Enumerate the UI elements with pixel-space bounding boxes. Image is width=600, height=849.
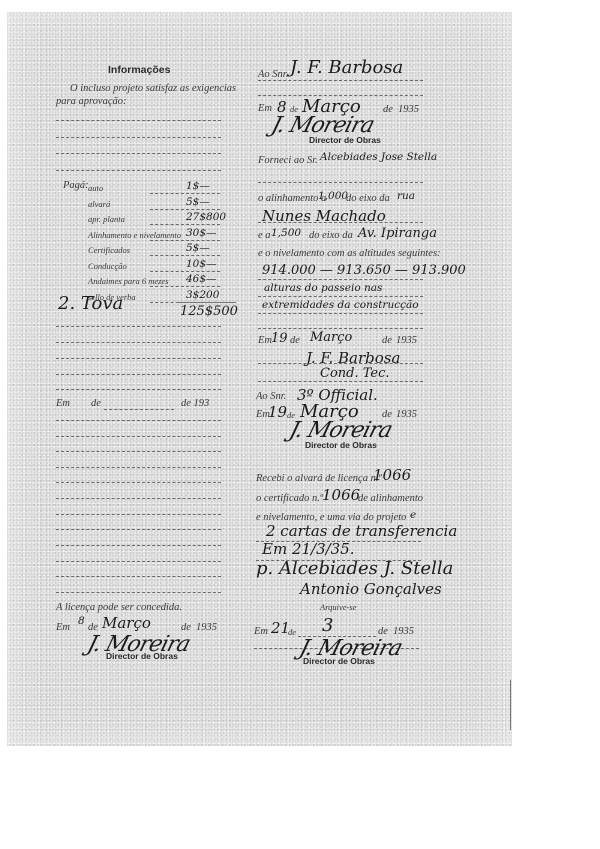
license-role: Director de Obras	[106, 651, 178, 661]
date4-de1: de	[288, 627, 296, 637]
blank-line	[56, 389, 221, 390]
line	[258, 222, 423, 223]
date1-year: 1935	[398, 104, 419, 115]
blank-line	[56, 420, 221, 421]
license-text: A licença pode ser concedida.	[56, 602, 182, 613]
fee-label: alvará	[88, 199, 110, 209]
alignment-dist-2: 1,500	[271, 227, 301, 239]
blank-line	[56, 498, 221, 499]
certificate-suffix: de alinhamento	[358, 493, 423, 504]
note-line-2: Em 21/3/35.	[262, 540, 355, 558]
fee-value: 5$—	[186, 242, 210, 254]
fee-value: 27$800	[186, 211, 226, 223]
date2-month: Março	[310, 330, 352, 345]
blank-line	[56, 529, 221, 530]
blank-line	[56, 514, 221, 515]
fee-dotted-line	[150, 209, 220, 210]
date2-de2: de	[382, 335, 392, 346]
page-edge	[510, 680, 511, 730]
fee-value: 3$200	[186, 289, 219, 301]
supplied-label: Forneci ao Sr.	[258, 155, 318, 166]
date2-de1: de	[290, 335, 300, 346]
blank-line	[56, 482, 221, 483]
fee-label: apr. planta	[88, 214, 125, 224]
line	[258, 313, 423, 314]
blank-line	[56, 451, 221, 452]
to-label: Ao Snr.	[258, 69, 288, 80]
fee-label: auto	[88, 183, 103, 193]
altitudes: 914.000 — 913.650 — 913.900	[262, 263, 466, 278]
fee-label: Andaimes para 6 mezes	[88, 276, 169, 286]
line	[258, 182, 423, 183]
fee-dotted-line	[150, 193, 220, 194]
project-mark: e	[410, 509, 416, 521]
blank-line	[56, 561, 221, 562]
alignment-street-1a: rua	[397, 190, 415, 202]
fee-dotted-line	[150, 271, 220, 272]
fee-dotted-line	[150, 255, 220, 256]
date2-year: 1935	[396, 335, 417, 346]
line	[258, 296, 423, 297]
blank-line	[56, 436, 221, 437]
alignment-prefix-2: e a	[258, 230, 271, 241]
section-heading: Informações	[108, 64, 170, 76]
date4-month: 3	[322, 615, 333, 636]
blank-line	[56, 326, 221, 327]
fees-label: Pagá:	[63, 180, 89, 191]
alignment-dist-1: 1,000	[318, 190, 348, 202]
date1-de2: de	[383, 104, 393, 115]
blank-line	[56, 592, 221, 593]
blank-line	[56, 170, 221, 171]
line	[258, 363, 423, 364]
fee-dotted-line	[150, 240, 220, 241]
date1-em: Em	[258, 103, 272, 114]
license-number: 1066	[373, 466, 411, 484]
sum-line	[176, 302, 236, 303]
blank-line	[56, 545, 221, 546]
line	[258, 80, 423, 81]
altitudes-note-2: extremidades da construcção	[262, 299, 419, 311]
license-date-year: 1935	[196, 622, 217, 633]
fee-label: Conducção	[88, 261, 127, 271]
role-4: Director de Obras	[303, 656, 375, 666]
note-line-3: p. Alcebiades J. Stella	[256, 558, 453, 579]
note-line-4: Antonio Gonçalves	[300, 580, 442, 598]
date3-day: 19	[268, 403, 287, 421]
fee-value: 10$—	[186, 258, 217, 270]
blank-line	[56, 153, 221, 154]
license-date-month: Março	[102, 614, 151, 632]
to-name: J. F. Barbosa	[290, 57, 403, 78]
fee-value: 30$—	[186, 227, 217, 239]
blank-line	[56, 374, 221, 375]
certificate-text: o certificado n.º	[256, 493, 323, 504]
blank-line	[56, 576, 221, 577]
supplied-name: Alcebiades Jose Stella	[320, 151, 437, 163]
signature-2: J. F. Barbosa	[306, 349, 400, 367]
blank-line	[56, 120, 221, 121]
fee-label: Certificados	[88, 245, 130, 255]
license-date-day: 8	[78, 615, 85, 627]
blank-line	[56, 467, 221, 468]
fee-dotted-line	[150, 224, 220, 225]
note-line-1: 2 cartas de transferencia	[266, 522, 457, 540]
date3-year: 1935	[396, 409, 417, 420]
date2-day: 19	[271, 331, 288, 346]
alignment-axis-2: do eixo da	[309, 230, 353, 241]
certificate-number: 1066	[322, 486, 360, 504]
date2-em: Em	[258, 335, 272, 346]
fee-dotted-line	[150, 286, 220, 287]
fees-total: 125$500	[180, 304, 238, 319]
to2-label: Ao Snr.	[256, 391, 286, 402]
line	[258, 279, 423, 280]
date-blank	[104, 409, 174, 410]
date-em: Em	[56, 398, 70, 409]
levelling-text: e o nivelamento com as altitudes seguint…	[258, 248, 441, 259]
role-3: Director de Obras	[305, 440, 377, 450]
altitudes-note-1: alturas do passeio nas	[264, 282, 382, 294]
date4-em: Em	[254, 626, 268, 637]
role-2: Cond. Tec.	[320, 366, 390, 381]
fee-value: 1$—	[186, 180, 210, 192]
blank-line	[56, 358, 221, 359]
role-1: Director de Obras	[309, 135, 381, 145]
alignment-prefix: o alinhamento a	[258, 193, 326, 204]
fees-extra-label: 2. Tova	[58, 293, 123, 314]
line	[258, 328, 423, 329]
archive-text: Arquive-se	[320, 602, 357, 612]
fee-label: Alinhamento e nivelamento	[88, 230, 181, 240]
intro-line-1: O incluso projeto satisfaz as exigencias	[70, 83, 236, 94]
fee-value: 5$—	[186, 196, 210, 208]
fee-value: 46$—	[186, 273, 217, 285]
blank-line	[56, 137, 221, 138]
date-de1: de	[91, 398, 101, 409]
blank-line	[56, 342, 221, 343]
intro-line-2: para aprovação:	[56, 96, 126, 107]
line	[258, 381, 423, 382]
alignment-street-2: Av. Ipiranga	[358, 226, 437, 241]
date-de2: de 193	[181, 398, 209, 409]
license-date-em: Em	[56, 622, 70, 633]
received-text: Recebi o alvará de licença n.º	[256, 473, 382, 484]
alignment-axis-1: do eixo da	[346, 193, 390, 204]
